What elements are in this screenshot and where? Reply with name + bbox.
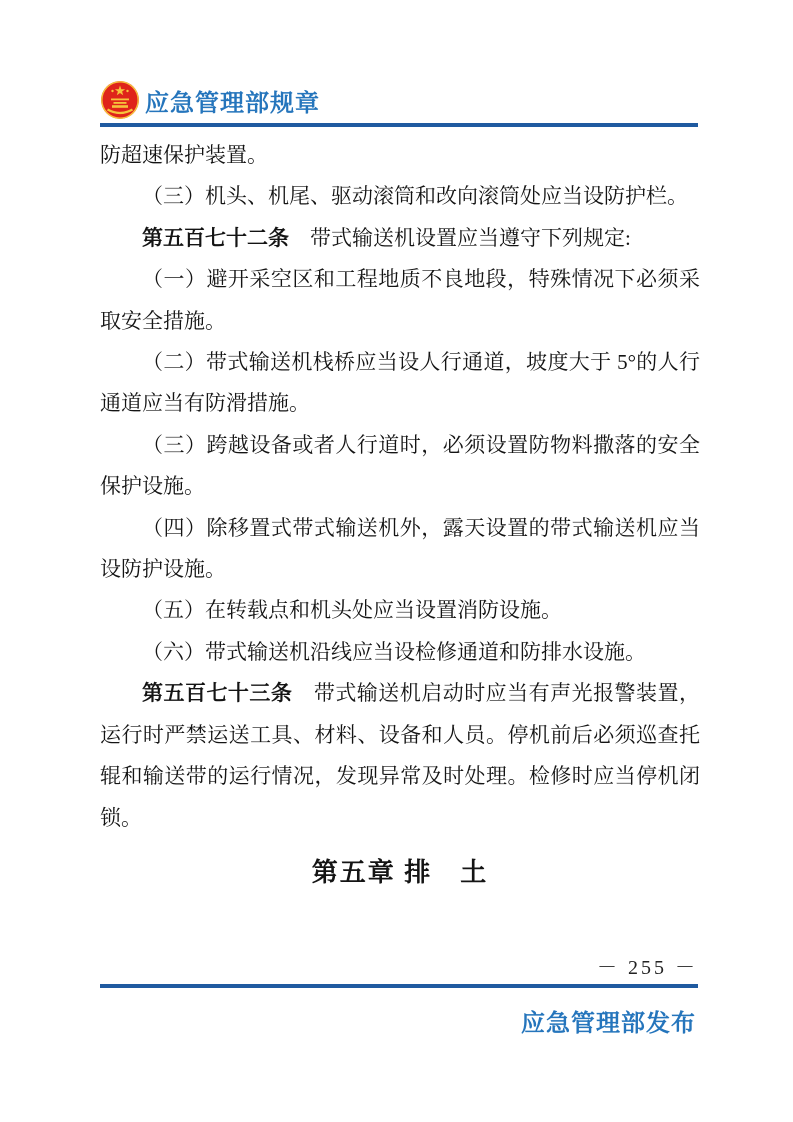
publisher-label: 应急管理部发布	[521, 1003, 696, 1038]
chapter-heading: 第五章 排 土	[100, 855, 700, 891]
document-page: 应急管理部规章 防超速保护装置。 （三）机头、机尾、驱动滚筒和改向滚筒处应当设防…	[0, 0, 793, 1122]
paragraph-text: （六）带式输送机沿线应当设检修通道和防排水设施。	[142, 640, 646, 664]
paragraph-text: （一）避开采空区和工程地质不良地段，特殊情况下必须采取安全措施。	[100, 267, 700, 332]
page-number: － 255 －	[597, 951, 698, 980]
paragraph-text: （五）在转载点和机头处应当设置消防设施。	[142, 598, 562, 622]
body-paragraph: （三）机头、机尾、驱动滚筒和改向滚筒处应当设防护栏。	[100, 176, 700, 217]
paragraph-text: （四）除移置式带式输送机外，露天设置的带式输送机应当设防护设施。	[100, 516, 700, 581]
paragraph-text: （三）跨越设备或者人行道时，必须设置防物料撒落的安全保护设施。	[100, 433, 700, 498]
paragraph-text: （二）带式输送机栈桥应当设人行通道，坡度大于 5°的人行通道应当有防滑措施。	[100, 350, 700, 415]
header-rule	[100, 123, 698, 127]
paragraph-text: （三）机头、机尾、驱动滚筒和改向滚筒处应当设防护栏。	[142, 184, 688, 208]
body-paragraph: （一）避开采空区和工程地质不良地段，特殊情况下必须采取安全措施。	[100, 259, 700, 342]
document-body: 防超速保护装置。 （三）机头、机尾、驱动滚筒和改向滚筒处应当设防护栏。 第五百七…	[100, 135, 700, 891]
body-paragraph: （六）带式输送机沿线应当设检修通道和防排水设施。	[100, 632, 700, 673]
document-category-title: 应急管理部规章	[145, 83, 320, 118]
body-paragraph: （三）跨越设备或者人行道时，必须设置防物料撒落的安全保护设施。	[100, 425, 700, 508]
paragraph-text: 带式输送机设置应当遵守下列规定:	[289, 226, 631, 250]
article-paragraph: 第五百七十二条 带式输送机设置应当遵守下列规定:	[100, 218, 700, 259]
paragraph-text: 防超速保护装置。	[100, 143, 268, 167]
body-paragraph: （二）带式输送机栈桥应当设人行通道，坡度大于 5°的人行通道应当有防滑措施。	[100, 342, 700, 425]
article-number: 第五百七十三条	[142, 681, 292, 705]
body-paragraph: 防超速保护装置。	[100, 135, 700, 176]
footer-rule	[100, 984, 698, 988]
body-paragraph: （四）除移置式带式输送机外，露天设置的带式输送机应当设防护设施。	[100, 508, 700, 591]
article-paragraph: 第五百七十三条 带式输送机启动时应当有声光报警装置，运行时严禁运送工具、材料、设…	[100, 673, 700, 839]
body-paragraph: （五）在转载点和机头处应当设置消防设施。	[100, 590, 700, 631]
china-national-emblem-icon	[100, 80, 140, 120]
page-header: 应急管理部规章	[100, 80, 320, 120]
article-number: 第五百七十二条	[142, 226, 289, 250]
